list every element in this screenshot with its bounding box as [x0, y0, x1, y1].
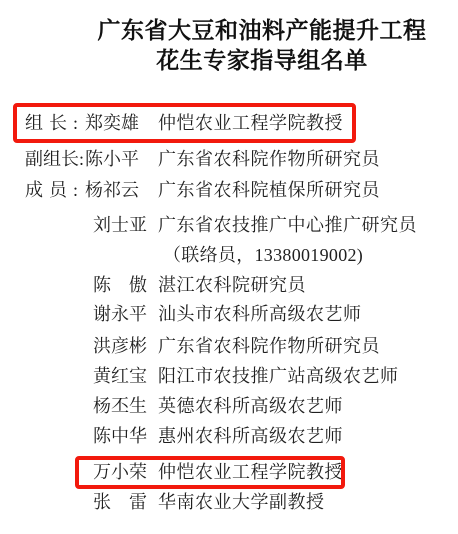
list-row-member: 张 雷 华南农业大学副教授: [0, 487, 458, 517]
member-name: 陈 傲: [93, 270, 147, 300]
title-line-1: 广东省大豆和油料产能提升工程: [66, 16, 458, 46]
contact-note: （联络员，13380019002): [163, 240, 363, 270]
member-affiliation: 广东省农科院植保所研究员: [158, 175, 380, 205]
list-row-member: 谢永平 汕头市农科所高级农艺师: [0, 299, 458, 329]
member-affiliation: 广东省农技推广中心推广研究员: [158, 210, 417, 240]
member-name: 洪彦彬: [93, 331, 147, 361]
member-name: 杨祁云: [85, 175, 139, 205]
list-row-member: 洪彦彬 广东省农科院作物所研究员: [0, 331, 458, 361]
role-label: 成员:: [25, 175, 78, 205]
role-label: 副组长:: [25, 144, 78, 174]
colon: :: [73, 175, 78, 205]
member-name: 陈小平: [85, 144, 139, 174]
member-name: 黄红宝: [93, 361, 147, 391]
list-row-member: 陈中华 惠州农科所高级农艺师: [0, 421, 458, 451]
member-affiliation: 英德农科所高级农艺师: [158, 391, 343, 421]
document-page: 广东省大豆和油料产能提升工程 花生专家指导组名单 组长: 郑奕雄 仲恺农业工程学…: [0, 0, 458, 534]
member-affiliation: 惠州农科所高级农艺师: [158, 421, 343, 451]
member-name: 谢永平: [93, 299, 147, 329]
title-line-2: 花生专家指导组名单: [66, 46, 458, 76]
list-row-deputy-leader: 副组长: 陈小平 广东省农科院作物所研究员: [0, 144, 458, 174]
member-name: 张 雷: [93, 487, 147, 517]
member-affiliation: 华南农业大学副教授: [158, 487, 325, 517]
document-title: 广东省大豆和油料产能提升工程 花生专家指导组名单: [0, 16, 458, 76]
list-row-member: 刘士亚 广东省农技推广中心推广研究员: [0, 210, 458, 240]
list-row-contact-note: （联络员，13380019002): [0, 240, 458, 270]
member-name: 刘士亚: [93, 210, 147, 240]
member-affiliation: 阳江市农技推广站高级农艺师: [158, 361, 399, 391]
member-name: 杨丕生: [93, 391, 147, 421]
list-row-member: 陈 傲 湛江农科院研究员: [0, 270, 458, 300]
list-row-member: 成员: 杨祁云 广东省农科院植保所研究员: [0, 175, 458, 205]
member-affiliation: 湛江农科院研究员: [158, 270, 306, 300]
member-name: 陈中华: [93, 421, 147, 451]
list-row-member: 黄红宝 阳江市农技推广站高级农艺师: [0, 361, 458, 391]
list-row-leader: 组长: 郑奕雄 仲恺农业工程学院教授: [0, 108, 458, 138]
member-affiliation: 汕头市农科所高级农艺师: [158, 299, 362, 329]
colon: :: [79, 144, 84, 174]
highlight-box: [75, 456, 345, 489]
list-row-member: 杨丕生 英德农科所高级农艺师: [0, 391, 458, 421]
highlight-box: [13, 103, 356, 143]
member-affiliation: 广东省农科院作物所研究员: [158, 331, 380, 361]
list-row-member: 万小荣 仲恺农业工程学院教授: [0, 457, 458, 487]
member-affiliation: 广东省农科院作物所研究员: [158, 144, 380, 174]
